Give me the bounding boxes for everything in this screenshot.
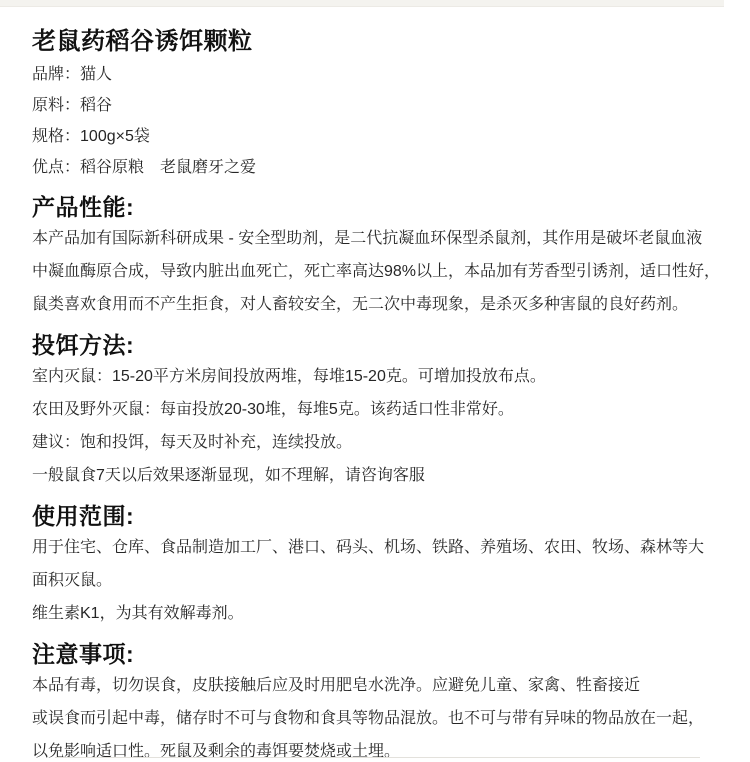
text-line: 维生素K1，为其有效解毒剂。 (32, 597, 722, 630)
text-line: 或误食而引起中毒，储存时不可与食物和食具等物品混放。也不可与带有异味的物品放在一… (32, 702, 722, 735)
text-line: 鼠类喜欢食用而不产生拒食，对人畜较安全，无二次中毒现象，是杀灭多种害鼠的良好药剂… (32, 288, 722, 321)
section: 注意事项:本品有毒，切勿误食，皮肤接触后应及时用肥皂水洗净。应避免儿童、家禽、牲… (32, 639, 722, 762)
meta-value: 猫人 (80, 66, 112, 83)
content-area: 老鼠药稻谷诱饵颗粒 品牌：猫人原料：稻谷规格：100g×5袋优点：稻谷原粮 老鼠… (0, 27, 750, 762)
text-line: 本产品加有国际新科研成果 - 安全型助剂，是二代抗凝血环保型杀鼠剂，其作用是破坏… (32, 222, 722, 255)
meta-label: 规格： (32, 128, 80, 145)
meta-value: 稻谷 (80, 97, 112, 114)
previous-image-bottom-edge (0, 0, 724, 7)
text-line: 一般鼠食7天以后效果逐渐显现，如不理解，请咨询客服 (32, 459, 722, 492)
meta-label: 原料： (32, 97, 80, 114)
meta-row: 规格：100g×5袋 (32, 121, 722, 152)
description-sections: 产品性能:本产品加有国际新科研成果 - 安全型助剂，是二代抗凝血环保型杀鼠剂，其… (32, 192, 722, 762)
product-title: 老鼠药稻谷诱饵颗粒 (32, 27, 722, 57)
meta-value: 稻谷原粮 老鼠磨牙之爱 (80, 159, 256, 176)
meta-label: 品牌： (32, 66, 80, 83)
text-line: 用于住宅、仓库、食品制造加工厂、港口、码头、机场、铁路、养殖场、农田、牧场、森林… (32, 531, 722, 564)
meta-row: 原料：稻谷 (32, 90, 722, 121)
text-line: 中凝血酶原合成，导致内脏出血死亡，死亡率高达98%以上，本品加有芳香型引诱剂，适… (32, 255, 722, 288)
text-line: 本品有毒，切勿误食，皮肤接触后应及时用肥皂水洗净。应避免儿童、家禽、牲畜接近 (32, 669, 722, 702)
section-heading: 使用范围: (32, 501, 722, 531)
section-heading: 产品性能: (32, 192, 722, 222)
section: 产品性能:本产品加有国际新科研成果 - 安全型助剂，是二代抗凝血环保型杀鼠剂，其… (32, 192, 722, 321)
text-line: 室内灭鼠：15-20平方米房间投放两堆，每堆15-20克。可增加投放布点。 (32, 360, 722, 393)
meta-value: 100g×5袋 (80, 128, 150, 145)
section: 投饵方法:室内灭鼠：15-20平方米房间投放两堆，每堆15-20克。可增加投放布… (32, 330, 722, 492)
text-line: 建议：饱和投饵，每天及时补充，连续投放。 (32, 426, 722, 459)
meta-row: 品牌：猫人 (32, 59, 722, 90)
product-description-page: 老鼠药稻谷诱饵颗粒 品牌：猫人原料：稻谷规格：100g×5袋优点：稻谷原粮 老鼠… (0, 0, 750, 762)
meta-row: 优点：稻谷原粮 老鼠磨牙之爱 (32, 152, 722, 183)
bottom-divider (55, 757, 700, 758)
text-line: 农田及野外灭鼠：每亩投放20-30堆，每堆5克。该药适口性非常好。 (32, 393, 722, 426)
product-meta-list: 品牌：猫人原料：稻谷规格：100g×5袋优点：稻谷原粮 老鼠磨牙之爱 (32, 59, 722, 183)
meta-label: 优点： (32, 159, 80, 176)
section: 使用范围:用于住宅、仓库、食品制造加工厂、港口、码头、机场、铁路、养殖场、农田、… (32, 501, 722, 630)
text-line: 面积灭鼠。 (32, 564, 722, 597)
section-heading: 注意事项: (32, 639, 722, 669)
section-heading: 投饵方法: (32, 330, 722, 360)
